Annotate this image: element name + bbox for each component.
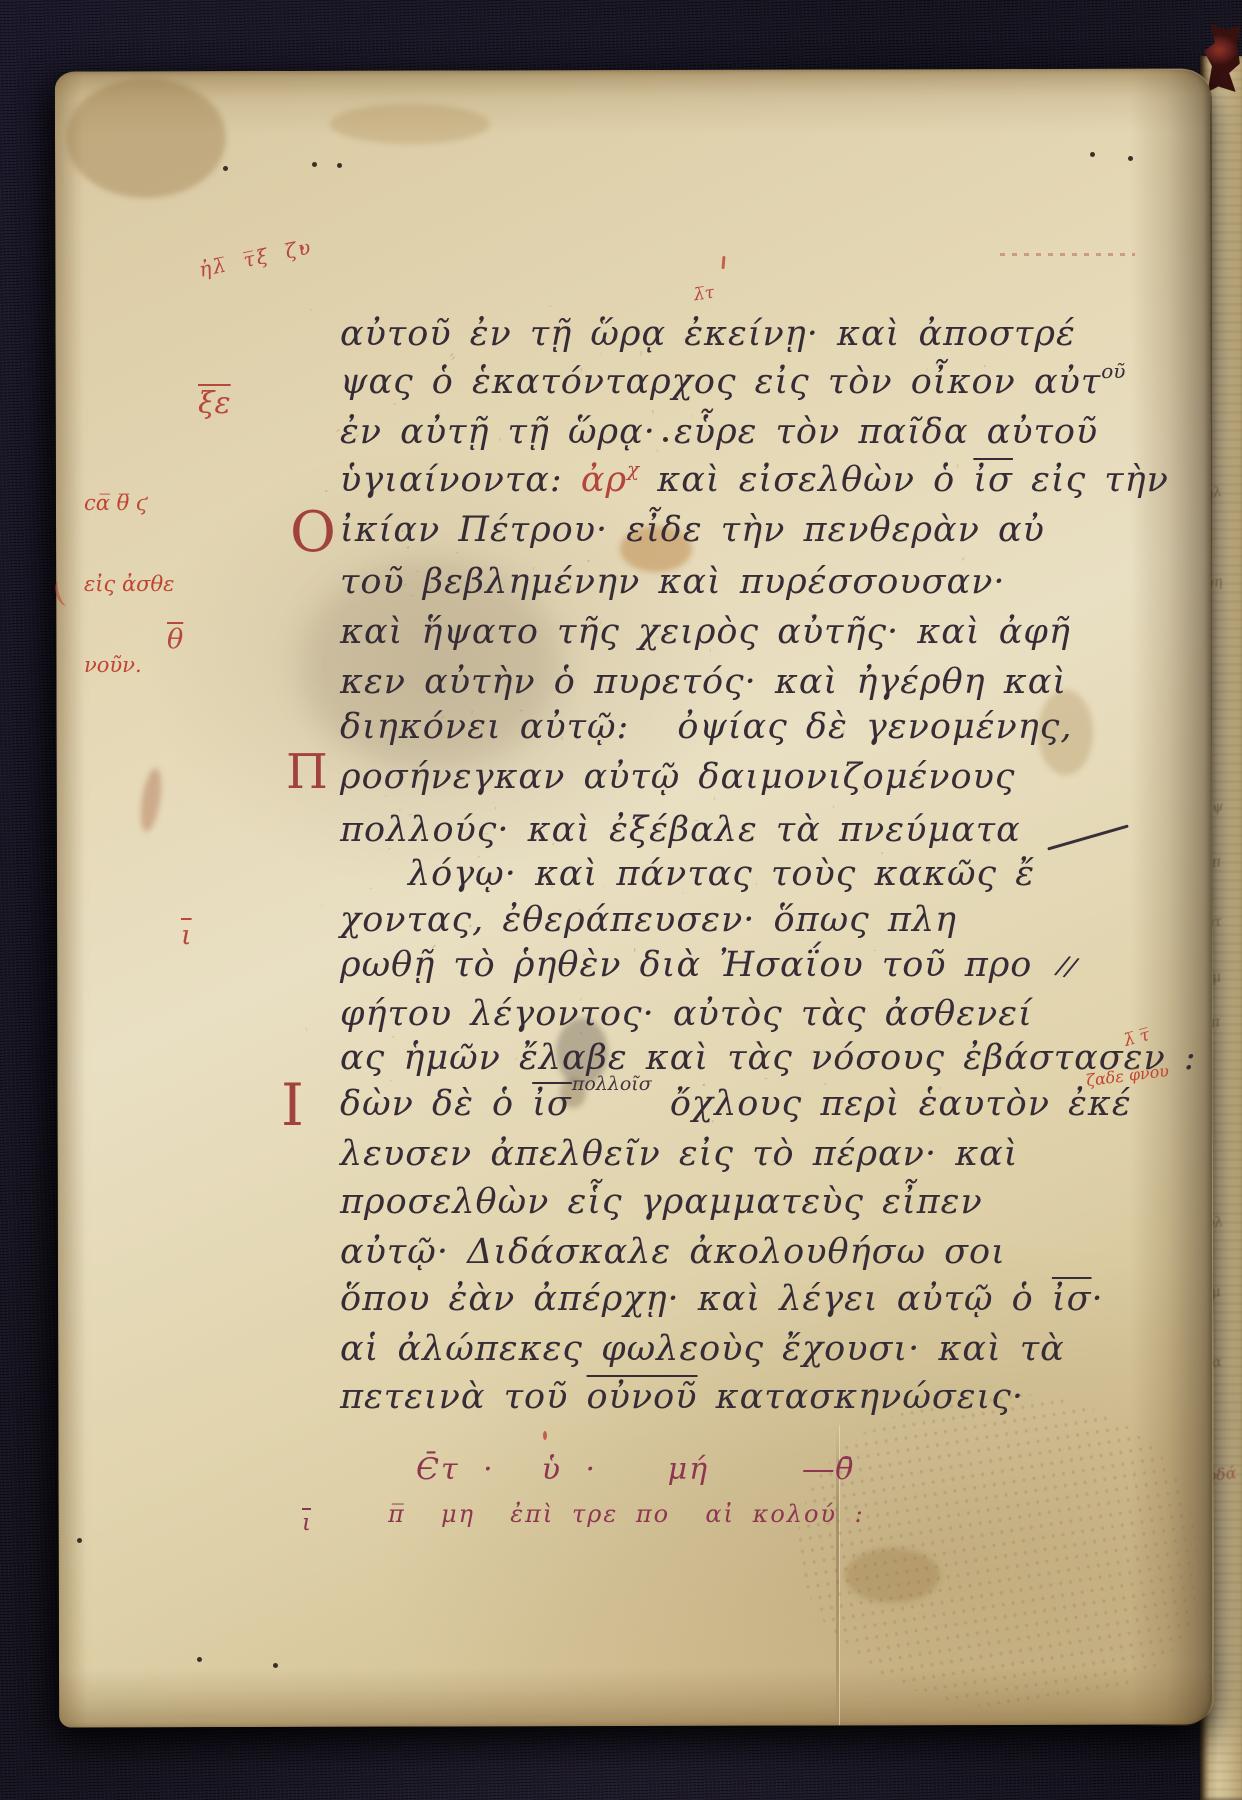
kephalaion-number: ξε [198, 386, 231, 421]
text-segment: κεν αὐτὴν ὁ πυρετός· καὶ ἠγέρθη καὶ [340, 662, 1067, 702]
ink-dot [1090, 152, 1095, 157]
manuscript-line: ἐν αὐτῇ τῇ ὥρᾳ· εὗρε τὸν παῖδα αὐτοῦ [340, 412, 1098, 452]
text-segment: ὅπου ἐὰν ἀπέρχῃ· καὶ λέγει αὐτῷ ὁ [340, 1279, 1052, 1319]
manuscript-line: κεν αὐτὴν ὁ πυρετός· καὶ ἠγέρθη καὶ [340, 662, 1067, 702]
manuscript-line: λόγῳ· καὶ πάντας τοὺς κακῶς ἔ [408, 854, 1035, 894]
rubric-segment: ἀρ [581, 460, 627, 500]
text-segment: πετεινὰ τοῦ [340, 1377, 587, 1417]
text-segment: ὄχλους περὶ ἑαυτὸν ἐκέ [652, 1084, 1132, 1124]
manuscript-line: καὶ ἥψατο τῆς χειρὸς αὐτῆς· καὶ ἀφῆ [340, 612, 1071, 652]
ink-dot [337, 163, 342, 168]
section-number-iota: ι [181, 920, 192, 951]
manuscript-line: διηκόνει αὐτῷ: ὀψίας δὲ γενομένης, [340, 707, 1072, 747]
text-segment: ψας ὁ ἑκατόνταρχος εἰς τὸν οἶκον αὐτ [340, 362, 1101, 402]
manuscript-line: λευσεν ἀπελθεῖν εἰς τὸ πέραν· καὶ [340, 1134, 1019, 1174]
text-segment: εἰς τὴν [1013, 460, 1169, 500]
red-speck-row [1000, 253, 1135, 256]
sabbath-lection-note: ϲα̅ θ̅ ϛ εἰς ἀσθε νοῦν. [84, 436, 174, 733]
text-segment: κατασκηνώσεις· [698, 1377, 1024, 1417]
ink-dot [77, 1538, 82, 1543]
ink-dot [197, 1657, 202, 1662]
manuscript-line: αὐτῷ· Διδάσκαλε ἀκολουθήσω σοι [340, 1232, 1006, 1272]
bottom-rubric-numeral: ι [302, 1510, 311, 1536]
manuscript-line: πολλούς· καὶ ἐξέβαλε τὰ πνεύματα [340, 810, 1021, 850]
text-segment: λευσεν ἀπελθεῖν εἰς τὸ πέραν· καὶ [340, 1134, 1019, 1174]
sabbath-note-line: εἰς ἀσθε [84, 571, 174, 598]
text-segment: ἰσ [1052, 1279, 1092, 1319]
manuscript-line: ὑγιαίνοντα: ἀρχ καὶ εἰσελθὼν ὁ ἰσ εἰς τὴ… [340, 460, 1169, 504]
text-segment: ὀψίας δὲ γενομένης, [677, 707, 1072, 747]
text-segment: διηκόνει αὐτῷ: [340, 707, 629, 747]
text-segment: πολλούς· καὶ ἐξέβαλε τὰ πνεύματα [340, 810, 1021, 850]
showthrough-mark: · [323, 482, 329, 500]
manuscript-line: προσελθὼν εἷς γραμματεὺς εἶπεν [340, 1182, 983, 1222]
text-segment: οὐνοῦ [587, 1377, 698, 1417]
text-segment: αἱ ἀλώπεκες φωλεοὺς ἔχουσι· καὶ τὰ [340, 1329, 1065, 1369]
ink-dot [273, 1663, 278, 1668]
red-speck [543, 1431, 547, 1440]
manuscript-line: ἰκίαν Πέτρου· εἶδε τὴν πενθερὰν αὐ [340, 510, 1045, 550]
text-segment: λόγῳ· καὶ πάντας τοὺς κακῶς ἔ [408, 854, 1035, 894]
text-segment: ἰκίαν Πέτρου· εἶδε τὴν πενθερὰν αὐ [340, 510, 1045, 550]
text-segment: · [1092, 1279, 1104, 1319]
text-segment: αὐτῷ· Διδάσκαλε ἀκολουθήσω σοι [340, 1232, 1006, 1272]
manuscript-line: πετεινὰ τοῦ οὐνοῦ κατασκηνώσεις· [340, 1377, 1024, 1417]
text-segment: ἰσ [532, 1084, 572, 1124]
text-segment: χοντας, ἐθεράπευσεν· ὅπως πλη [340, 900, 957, 940]
showthrough-mark: ʽ [303, 1025, 310, 1044]
text-segment: καὶ ἥψατο τῆς χειρὸς αὐτῆς· καὶ ἀφῆ [340, 612, 1071, 652]
manuscript-line: ροσήνεγκαν αὐτῷ δαιμονιζομένους [340, 757, 1015, 797]
manuscript-line: χοντας, ἐθεράπευσεν· ὅπως πλη [340, 900, 957, 940]
showthrough-mark: ‚ [832, 799, 835, 810]
text-segment: τοῦ βεβλημένην καὶ πυρέσσουσαν· [340, 562, 1006, 602]
manuscript-line: τοῦ βεβλημένην καὶ πυρέσσουσαν· [340, 562, 1006, 602]
rubric-segment: χ [627, 457, 639, 481]
sabbath-note-line: ϲα̅ θ̅ ϛ [84, 490, 174, 517]
manuscript-line: ψας ὁ ἑκατόνταρχος εἰς τὸν οἶκον αὐτοῦ [340, 362, 1125, 406]
text-segment: ας ἡμῶν ἔλαβε καὶ τὰς νόσους ἐβάστασεν : [340, 1038, 1197, 1078]
manuscript-line: δὼν δὲ ὁ ἰσπολλοῖσ ὄχλους περὶ ἑαυτὸν ἐκ… [340, 1084, 1132, 1129]
text-segment: ροσήνεγκαν αὐτῷ δαιμονιζομένους [340, 757, 1015, 797]
ink-dot [1128, 156, 1133, 161]
bottom-rubric-line1: Є̄τ · ὑ · μή ―θ̄ [416, 1452, 855, 1487]
text-segment: δὼν δὲ ὁ [340, 1084, 532, 1124]
text-segment: καὶ εἰσελθὼν ὁ [639, 460, 973, 500]
section-number-theta: θ [167, 624, 183, 655]
text-segment: ρωθῇ τὸ ῥηθὲν διὰ Ἠσαΐου τοῦ προ [340, 945, 1032, 985]
stain [66, 78, 226, 198]
text-segment: πολλοῖσ [572, 1073, 652, 1095]
manuscript-line: αἱ ἀλώπεκες φωλεοὺς ἔχουσι· καὶ τὰ [340, 1329, 1065, 1369]
manuscript-line: ὅπου ἐὰν ἀπέρχῃ· καὶ λέγει αὐτῷ ὁ ἰσ· [340, 1279, 1104, 1319]
stain [330, 104, 490, 144]
bottom-rubric-line2: π̅ μη ἐπὶ τρε πο αἰ κολού : [388, 1500, 865, 1528]
text-segment: ἐν αὐτῇ τῇ ὥρᾳ· εὗρε τὸν παῖδα αὐτοῦ [340, 412, 1098, 452]
manuscript-line: φήτου λέγοντος· αὐτὸς τὰς ἀσθενεί [340, 994, 1033, 1034]
red-initial-letter: Ι [281, 1076, 304, 1134]
text-segment: ὑγιαίνοντα: [340, 460, 581, 500]
text-segment: αὐτοῦ ἐν τῇ ὥρᾳ ἐκείνῃ· καὶ ἀποστρέ [340, 314, 1076, 354]
lection-end-note: λ̅τ [693, 283, 716, 306]
manuscript-line: αὐτοῦ ἐν τῇ ὥρᾳ ἐκείνῃ· καὶ ἀποστρέ [340, 314, 1076, 354]
sabbath-note-line: νοῦν. [84, 652, 174, 679]
text-segment: φήτου λέγοντος· αὐτὸς τὰς ἀσθενεί [340, 994, 1033, 1034]
ink-dot [312, 162, 317, 167]
text-segment: προσελθὼν εἷς γραμματεὺς εἶπεν [340, 1182, 983, 1222]
ink-dot [223, 166, 228, 171]
manuscript-line: ας ἡμῶν ἔλαβε καὶ τὰς νόσους ἐβάστασεν : [340, 1038, 1197, 1078]
text-segment: ἰσ [973, 460, 1013, 500]
manuscript-photograph: ϣλψημψϰπψτλμϛπωλδμϟαϡὠδά ·ʽʽʽˏ‚ʼ‚·‚·‚ʽˏ‚… [0, 0, 1242, 1800]
red-initial-letter: Ο [290, 505, 336, 561]
text-segment [629, 707, 677, 747]
red-initial-letter: Π [286, 748, 328, 796]
manuscript-line: ρωθῇ τὸ ῥηθὲν διὰ Ἠσαΐου τοῦ προ [340, 945, 1032, 985]
text-segment: οῦ [1101, 359, 1125, 383]
